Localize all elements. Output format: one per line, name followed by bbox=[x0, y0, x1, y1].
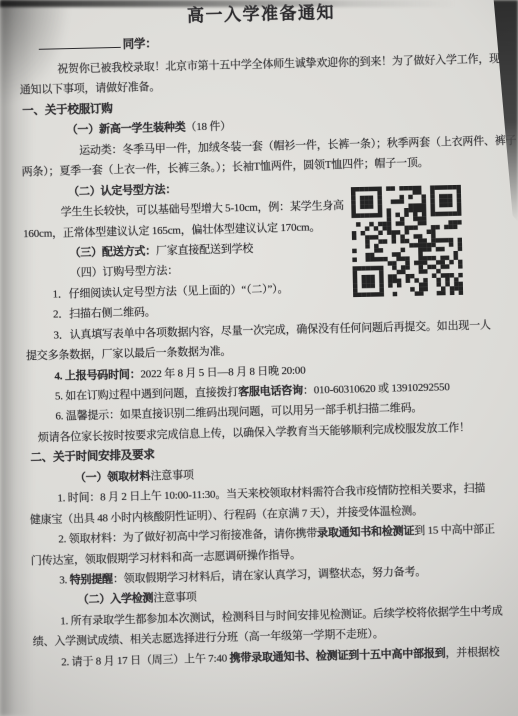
text-segment: 2. 领取材料：为了做好初高中学习衔接准备，请你携带 bbox=[58, 527, 317, 545]
text-segment: 160cm，正常体型建议认定 165cm，偏壮体型建议认定 170cm。 bbox=[23, 221, 320, 240]
text-segment: 4. 上报号码时间： bbox=[54, 368, 140, 382]
scan-shadow-top-edge bbox=[0, 0, 518, 7]
scanned-notice-photo: 高一入学准备通知 同学： 祝贺你已被我校录取！北京市第十五中学全体师生诚挚欢迎你… bbox=[0, 0, 518, 716]
scan-shadow-left-edge bbox=[0, 0, 34, 716]
text-segment: （二）入学检测 bbox=[78, 593, 154, 607]
text-segment: ：领取假期学习材料后，请在家认真学习，调整状态，努力备考。 bbox=[113, 566, 426, 585]
text-segment: 注意事项 bbox=[153, 592, 196, 605]
text-segment: 厂家直接配送到学校 bbox=[156, 243, 253, 257]
text-segment: 到 15 中高中部正 bbox=[414, 523, 495, 537]
text-segment: 2. 请于 8 月 17 日（周三）上午 7:40 bbox=[61, 652, 230, 668]
text-segment: 1．仔细阅读认定号型方法（见上面的）“（二）”）。 bbox=[52, 283, 288, 301]
text-segment: 2．扫描右侧二维码。 bbox=[53, 306, 156, 320]
text-segment: 二、关于时间安排及要求 bbox=[30, 449, 155, 464]
text-segment: 门传达室，领取假期学习材料和高一志愿调研操作指导。 bbox=[31, 548, 301, 566]
text-segment: （18 件） bbox=[185, 121, 231, 134]
text-segment: （一）领取材料 bbox=[75, 470, 151, 484]
text-segment: ，并根据校 bbox=[445, 646, 499, 659]
text-segment: 注意事项 bbox=[150, 469, 193, 482]
text-segment: 学生生长较快，可以基础号型增大 5-10cm，例：某学生身高 bbox=[60, 200, 344, 219]
text-segment: 5. 如在订购过程中遇到问题，直接拨打 bbox=[55, 386, 238, 402]
text-segment: 携带录取通知书、检测证到十五中高中部报到 bbox=[229, 647, 445, 664]
text-segment: 特别提醒 bbox=[70, 573, 113, 586]
text-segment: （三）配送方式： bbox=[69, 245, 156, 259]
text-segment: （四）订购号型方法： bbox=[70, 265, 178, 280]
text-segment: 2022 年 8 月 5 日—8 月 8 日晚 20:00 bbox=[140, 364, 305, 380]
text-segment: 客服电话咨询 bbox=[238, 385, 303, 399]
text-segment: （二）认定号型方法： bbox=[68, 183, 176, 198]
text-segment: 提交多条数据，厂家以最后一条数据为准。 bbox=[26, 345, 231, 362]
text-segment: 录取通知书和检测证 bbox=[317, 525, 414, 539]
qr-code bbox=[351, 185, 463, 297]
text-segment: ：010-60310620 或 13910292550 bbox=[303, 381, 450, 396]
salutation-label: 同学： bbox=[123, 38, 157, 51]
